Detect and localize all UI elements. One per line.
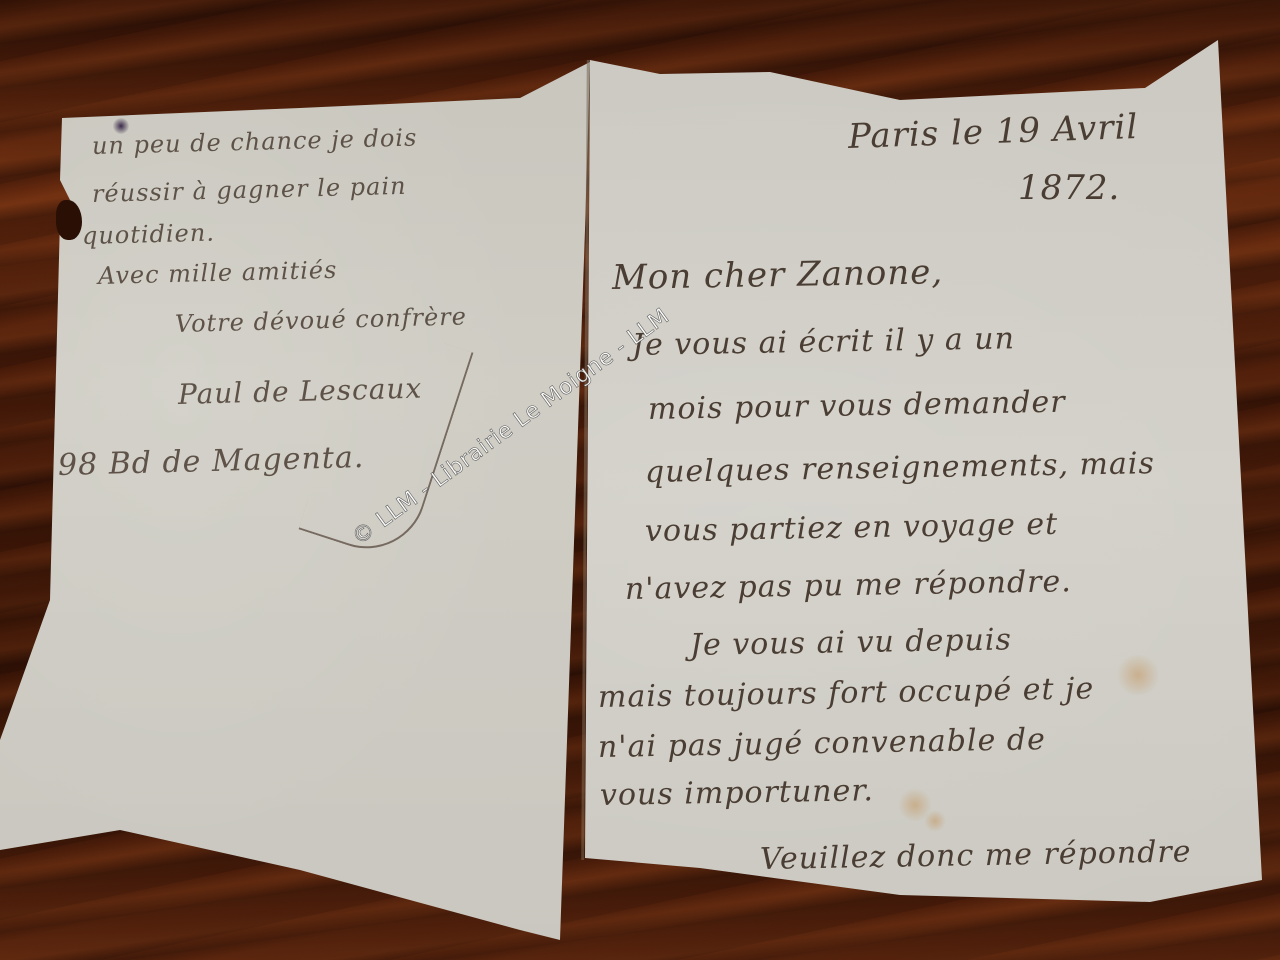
letter-date-year: 1872. bbox=[1018, 168, 1120, 208]
right-page-line: vous partiez en voyage et bbox=[645, 507, 1059, 549]
salutation: Mon cher Zanone, bbox=[612, 252, 944, 298]
right-page-line: vous importuner. bbox=[600, 773, 875, 813]
right-page-line: Je vous ai écrit il y a un bbox=[632, 321, 1016, 363]
right-page-line: Je vous ai vu depuis bbox=[690, 622, 1012, 663]
foxing-stain bbox=[924, 810, 946, 832]
left-page-line: quotidien. bbox=[82, 219, 216, 250]
foxing-stain bbox=[1115, 655, 1161, 695]
right-page-line: mois pour vous demander bbox=[648, 385, 1066, 427]
paper-tear bbox=[56, 200, 82, 240]
